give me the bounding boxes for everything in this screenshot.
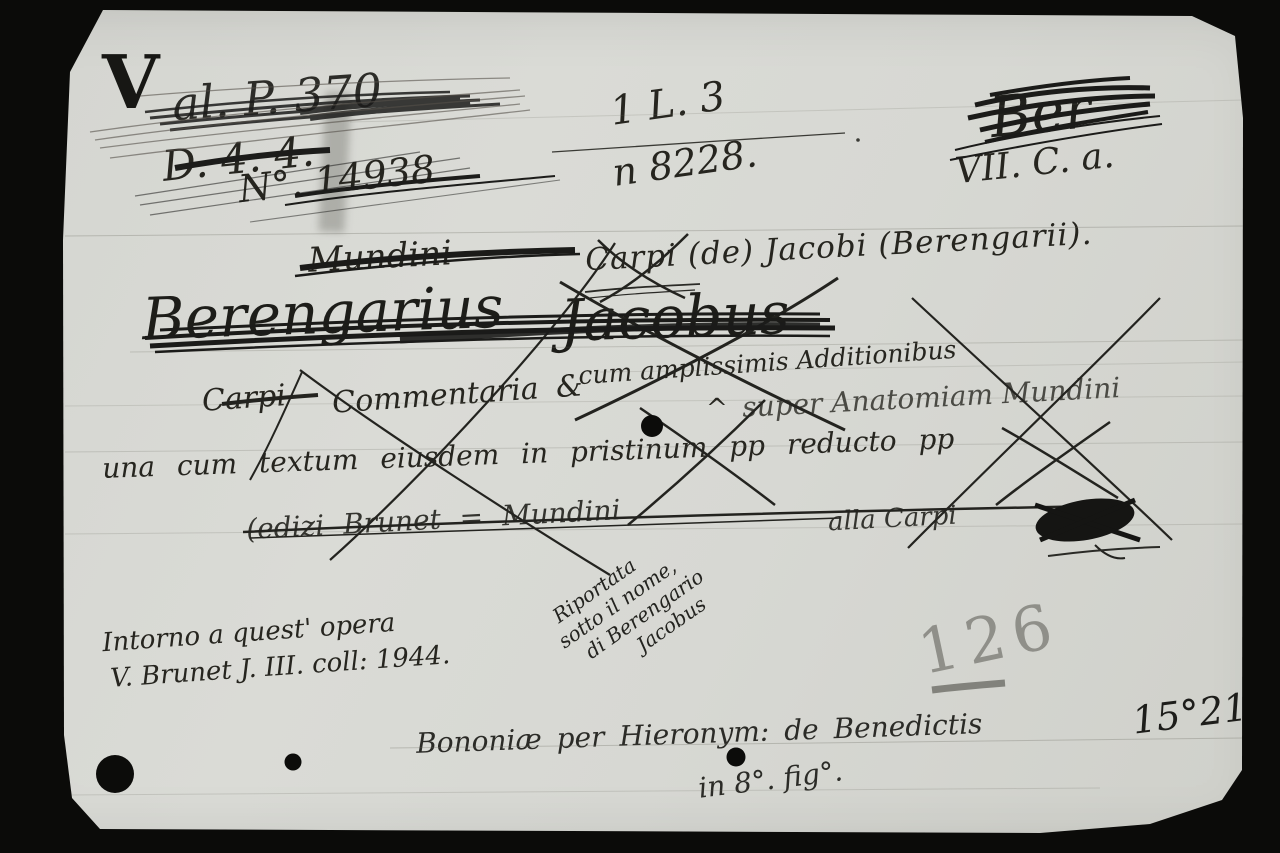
imprint-line1: Bononiæ per Hieronym: de Benedictis <box>416 710 983 758</box>
catalog-card-paper: V al. P. 370 D. 4. 4. N°. 14938 1 L. 3 n… <box>0 0 1280 853</box>
paper-hole <box>727 748 746 767</box>
crossed-shelfmark-1: al. P. 370 <box>171 67 384 128</box>
crossed-title-word1: Berengarius <box>141 278 504 349</box>
diagonal-note: Riportata sotto il nome, di Berengario J… <box>548 525 722 687</box>
shelfmark-denominator: n 8228. <box>610 134 759 192</box>
body-line2: una cum textum eiusdem in pristinum pp r… <box>102 425 955 483</box>
imprint-line2: in 8°. fig°. <box>697 757 844 802</box>
crossed-title-word2: Jacobus <box>559 284 790 350</box>
crossed-body-word: Carpi <box>201 381 287 417</box>
publication-year: 15°21. <box>1130 686 1261 739</box>
crossed-word-ber: Ber <box>987 81 1093 147</box>
crossed-reference-part1: (edizi Brunet = Mundini <box>246 496 622 544</box>
classmark: VII. C. a. <box>954 138 1116 190</box>
underline-blot <box>1048 547 1160 556</box>
body-line1-start: Commentaria & <box>331 371 583 418</box>
crossed-heading-name: Mundini <box>307 236 453 277</box>
heading-name: Carpi (de) Jacobi (Berengarii). <box>585 219 1094 277</box>
crossed-reference-part2: alla Carpi <box>827 503 957 536</box>
paper-hole <box>285 754 302 771</box>
body-line1-end: super Anatomiam Mundini <box>742 374 1121 422</box>
insertion-caret: ^ <box>706 396 728 422</box>
pencil-number: 126 <box>913 594 1065 684</box>
blotted-year: 1521 <box>1047 501 1115 533</box>
paper-hole <box>96 755 134 793</box>
shelfmark-numerator: 1 L. 3 <box>608 76 728 132</box>
initial-letter: V <box>102 46 159 120</box>
